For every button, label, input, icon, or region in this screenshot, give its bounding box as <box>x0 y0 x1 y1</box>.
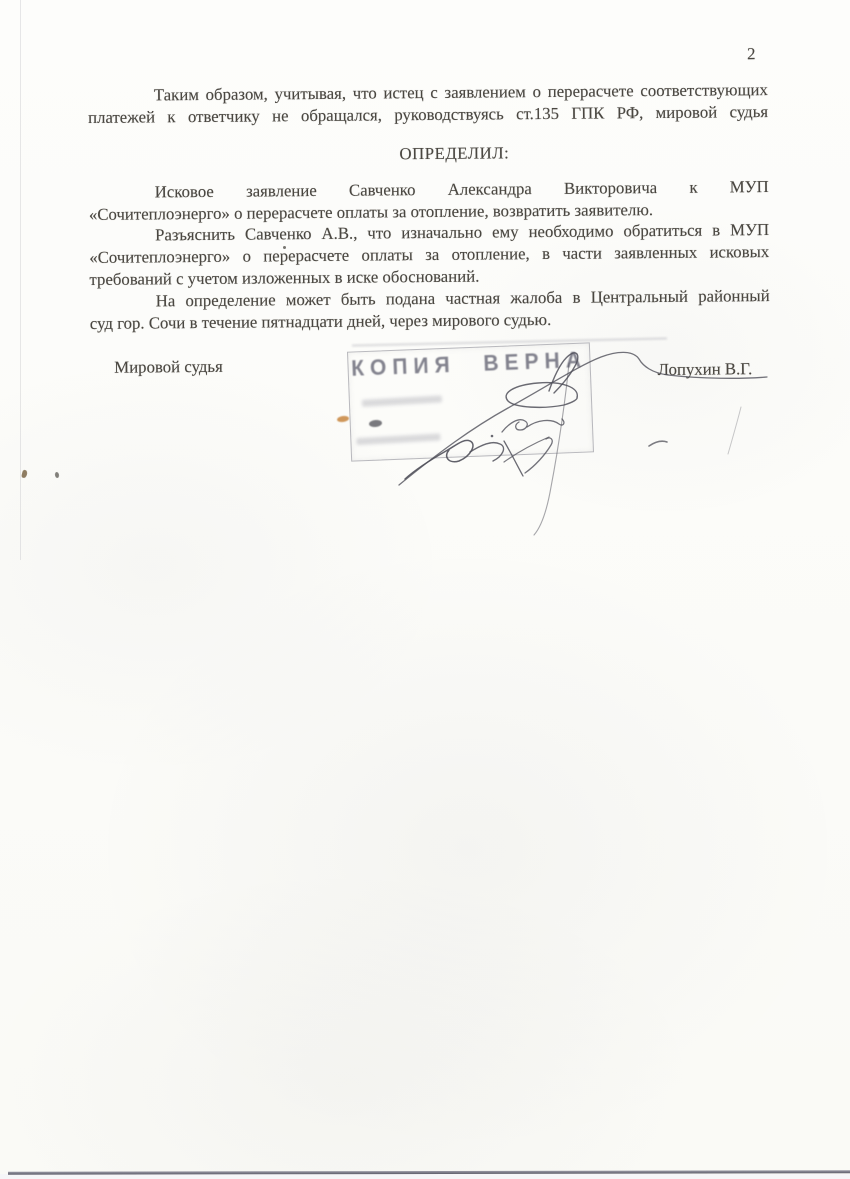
scan-margin <box>0 1174 850 1179</box>
ink-speck <box>283 246 286 249</box>
handwritten-signature <box>0 0 850 1179</box>
scanned-court-document-page: 2 Таким образом, учитывая, что истец с з… <box>0 0 850 1179</box>
